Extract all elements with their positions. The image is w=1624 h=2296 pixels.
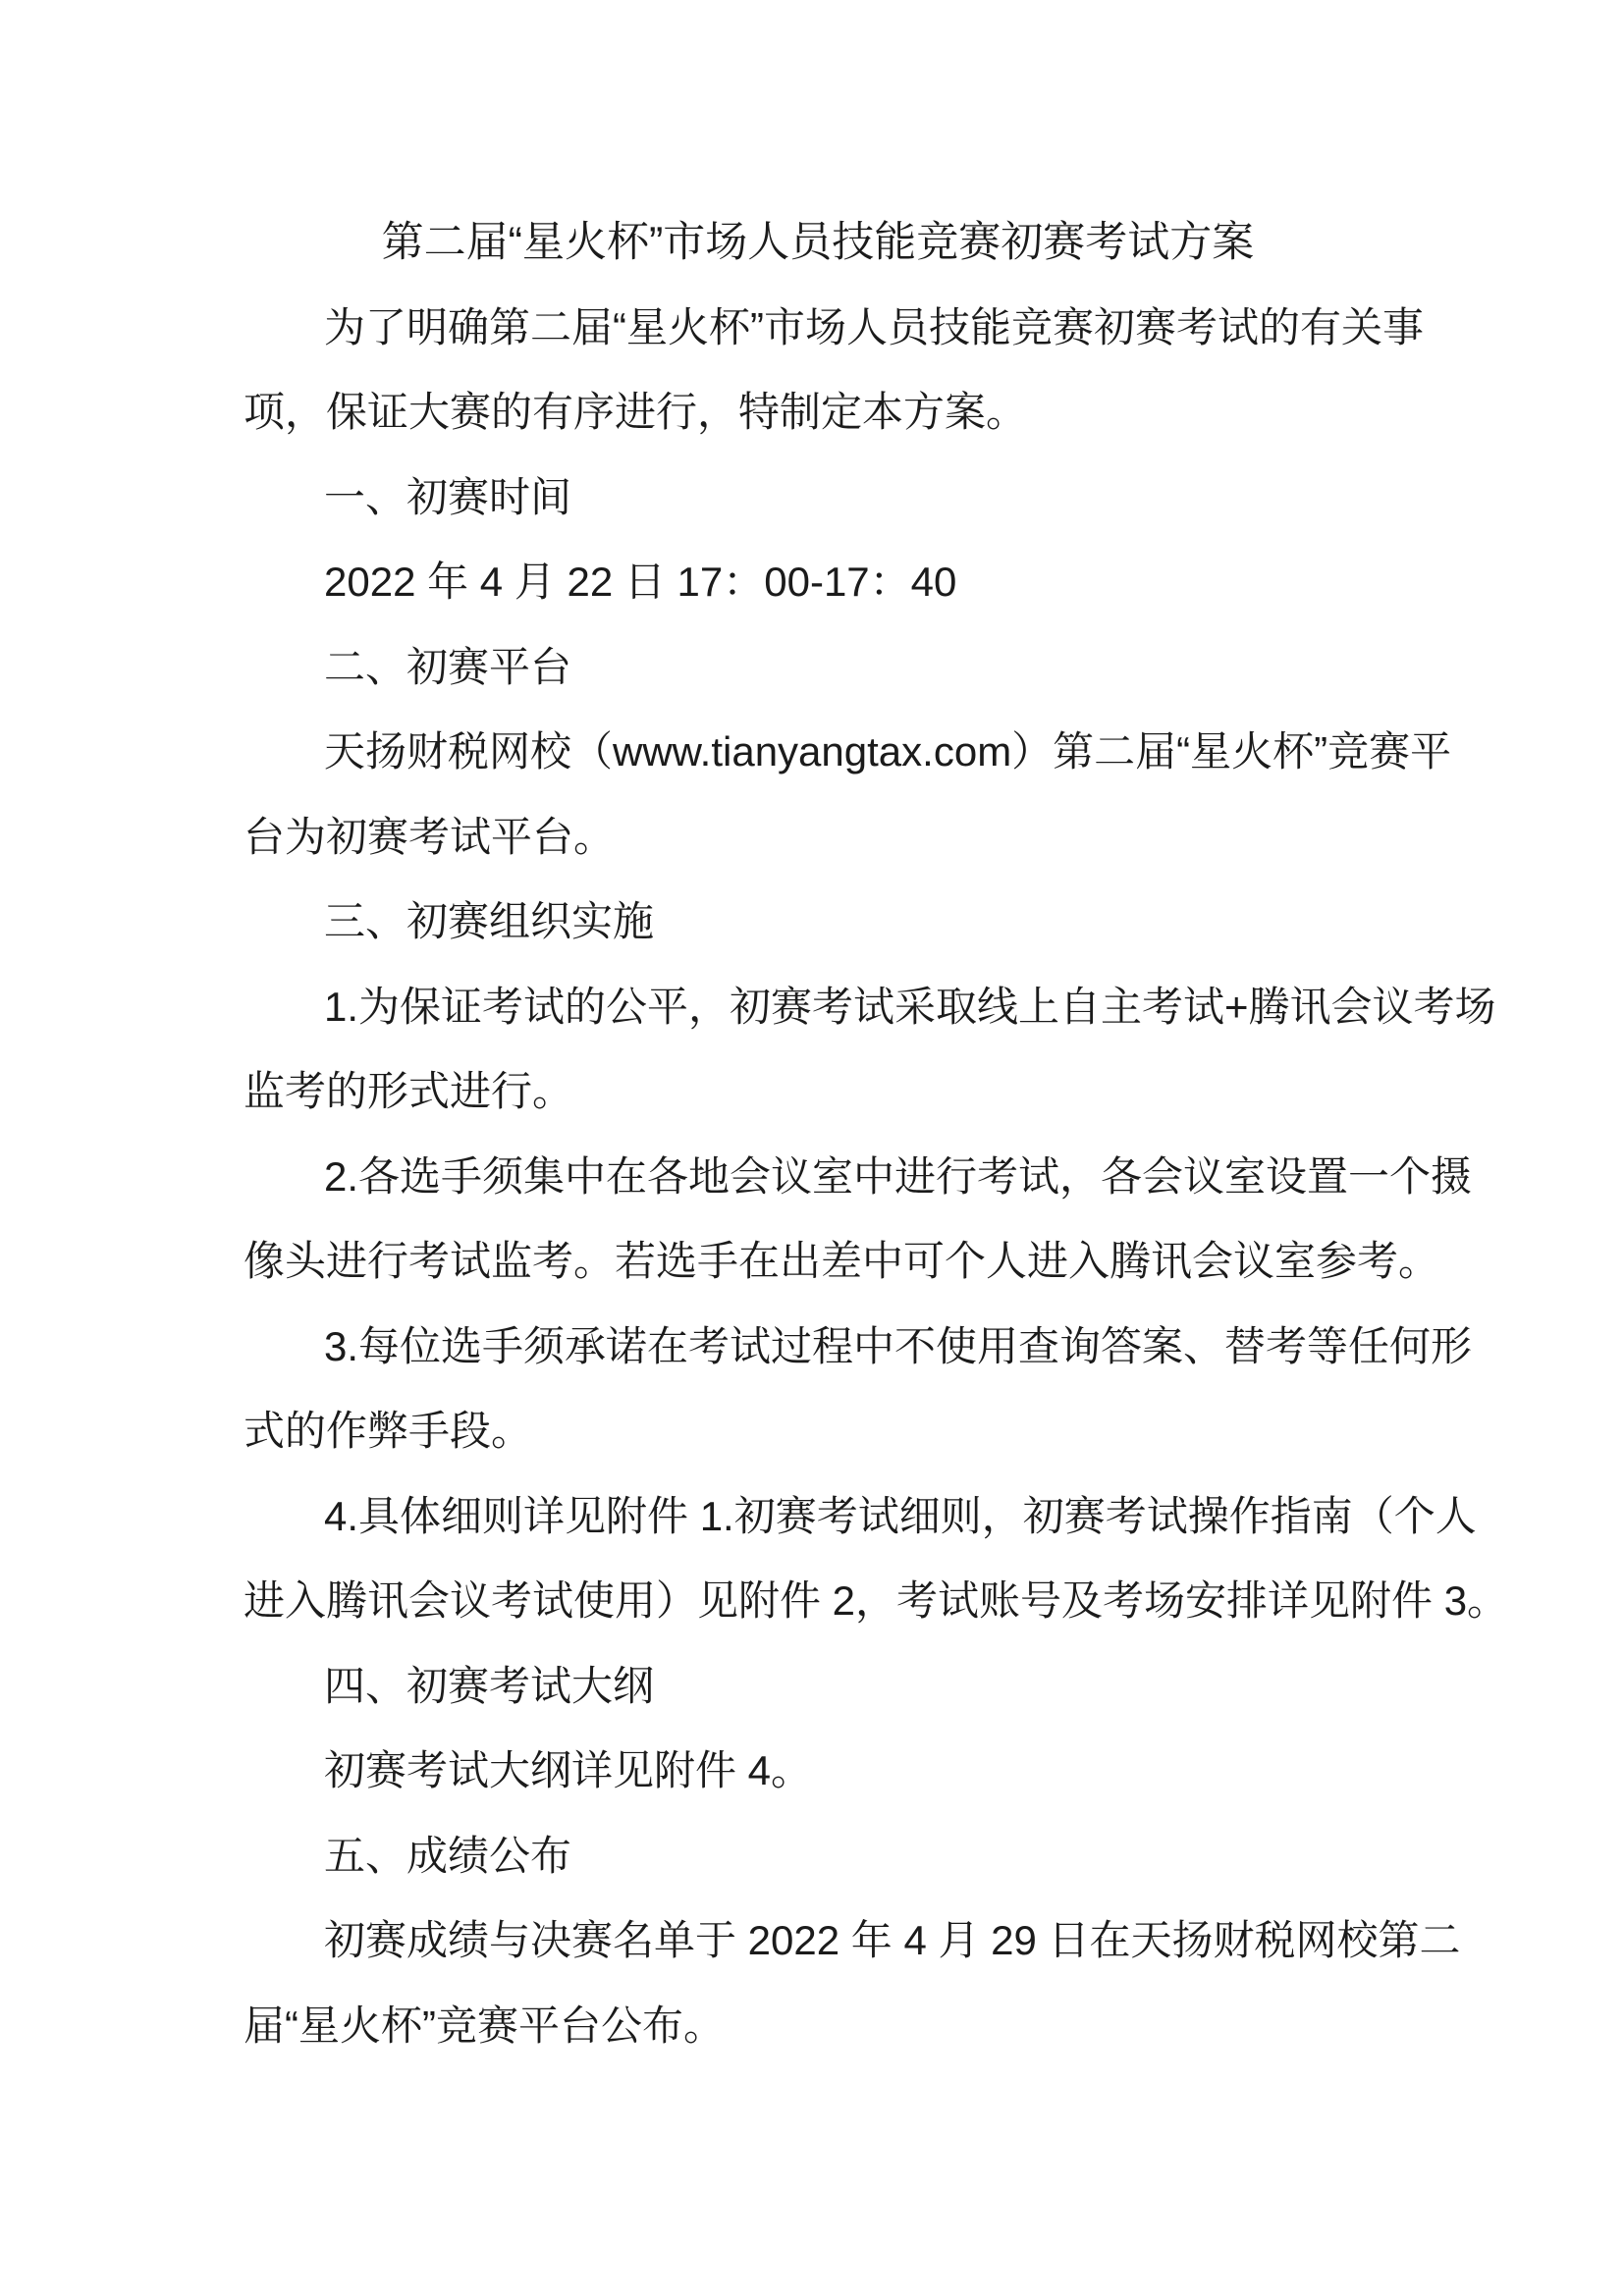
paragraph-wrap-line: 像头进行考试监考。若选手在出差中可个人进入腾讯会议室参考。 [244,1219,1392,1305]
paragraph-wrap-line: 届“星火杯”竞赛平台公布。 [244,1984,1392,2069]
document-title: 第二届“星火杯”市场人员技能竞赛初赛考试方案 [244,200,1392,286]
paragraph-wrap-line: 式的作弊手段。 [244,1389,1392,1474]
paragraph-first-line: 1.为保证考试的公平，初赛考试采取线上自主考试+腾讯会议考场 [244,965,1392,1050]
paragraph-wrap-line: 台为初赛考试平台。 [244,795,1392,881]
paragraph-first-line: 初赛考试大纲详见附件 4。 [244,1729,1392,1814]
paragraph-wrap-line: 监考的形式进行。 [244,1049,1392,1135]
document-body: 为了明确第二届“星火杯”市场人员技能竞赛初赛考试的有关事项，保证大赛的有序进行，… [244,286,1392,2069]
paragraph-first-line: 五、成绩公布 [244,1814,1392,1899]
paragraph-wrap-line: 进入腾讯会议考试使用）见附件 2，考试账号及考场安排详见附件 3。 [244,1559,1392,1644]
paragraph-first-line: 四、初赛考试大纲 [244,1644,1392,1730]
document-content: 第二届“星火杯”市场人员技能竞赛初赛考试方案 为了明确第二届“星火杯”市场人员技… [244,200,1392,2068]
paragraph-first-line: 初赛成绩与决赛名单于 2022 年 4 月 29 日在天扬财税网校第二 [244,1898,1392,1984]
paragraph-first-line: 2022 年 4 月 22 日 17：00-17：40 [244,540,1392,625]
paragraph-wrap-line: 项，保证大赛的有序进行，特制定本方案。 [244,370,1392,455]
document-page: 第二届“星火杯”市场人员技能竞赛初赛考试方案 为了明确第二届“星火杯”市场人员技… [0,0,1624,2296]
paragraph-first-line: 3.每位选手须承诺在考试过程中不使用查询答案、替考等任何形 [244,1305,1392,1390]
paragraph-first-line: 二、初赛平台 [244,625,1392,711]
paragraph-first-line: 一、初赛时间 [244,455,1392,541]
paragraph-first-line: 2.各选手须集中在各地会议室中进行考试，各会议室设置一个摄 [244,1135,1392,1220]
paragraph-first-line: 天扬财税网校（www.tianyangtax.com）第二届“星火杯”竞赛平 [244,710,1392,795]
paragraph-first-line: 三、初赛组织实施 [244,880,1392,965]
paragraph-first-line: 为了明确第二届“星火杯”市场人员技能竞赛初赛考试的有关事 [244,286,1392,371]
paragraph-first-line: 4.具体细则详见附件 1.初赛考试细则，初赛考试操作指南（个人 [244,1474,1392,1560]
